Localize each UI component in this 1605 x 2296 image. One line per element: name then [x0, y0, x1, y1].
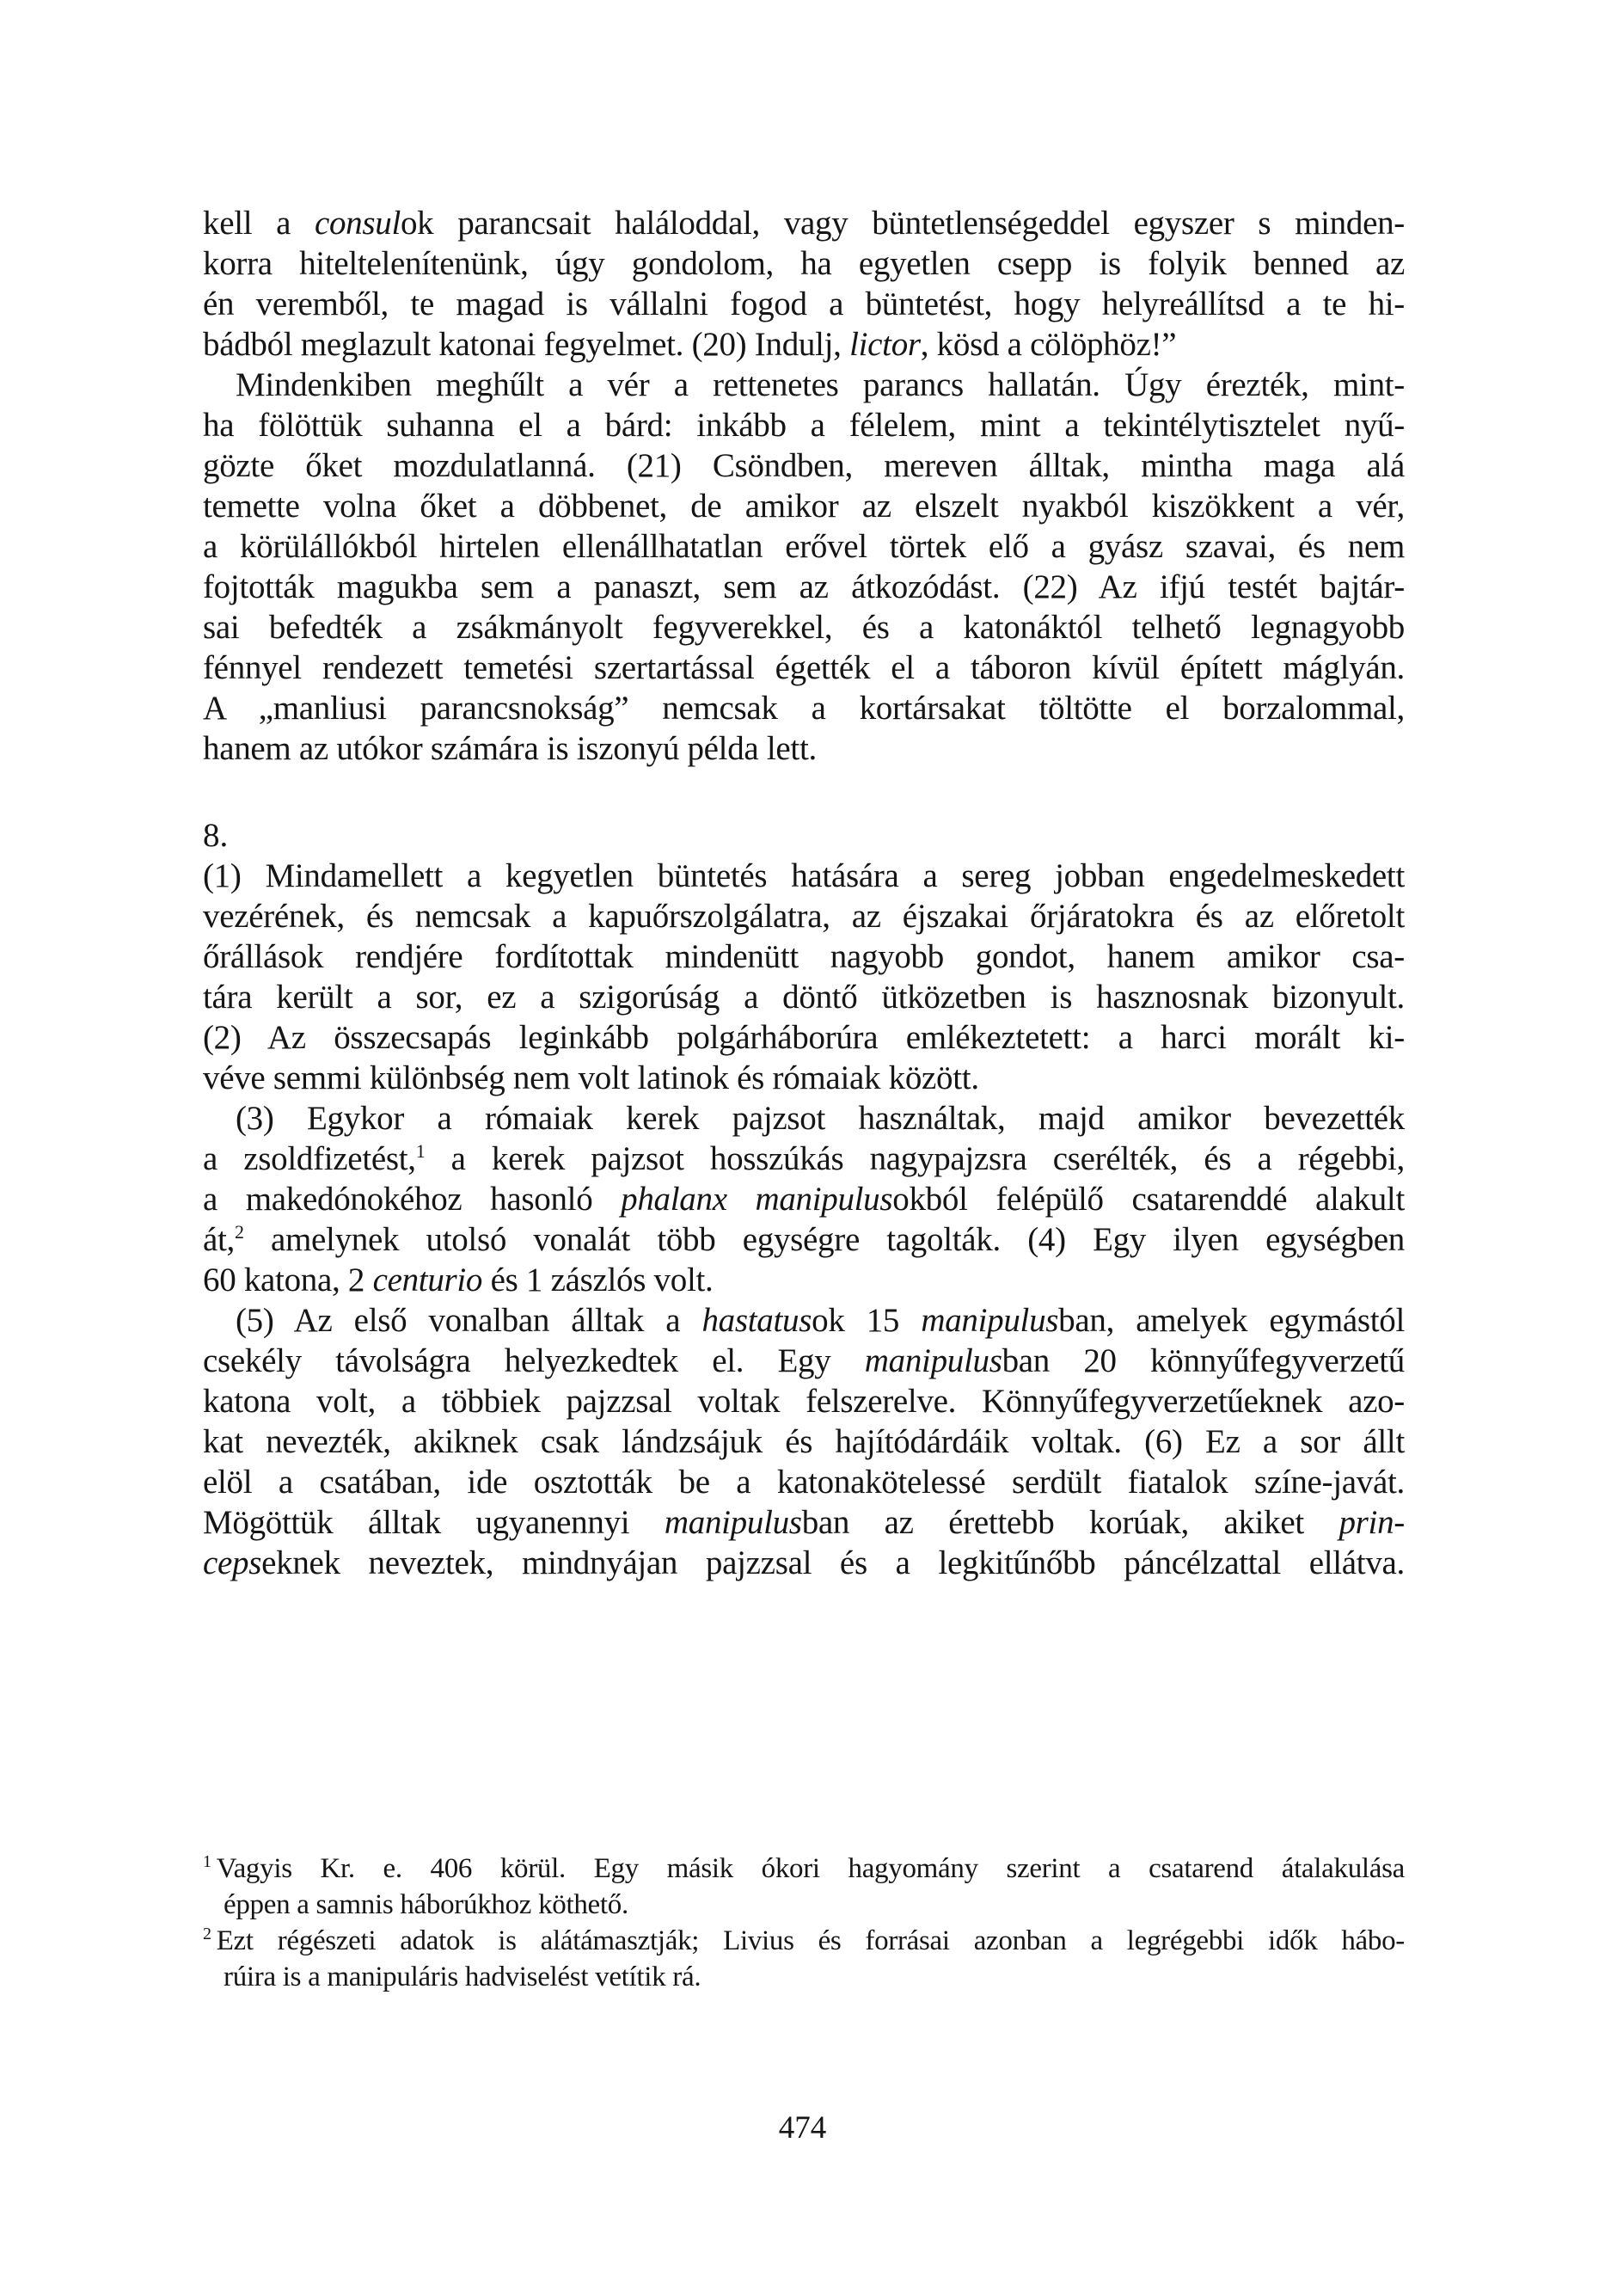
text-line: át,2 amelynek utolsó vonalát több egység…: [203, 1219, 1405, 1260]
section-number: 8.: [203, 815, 1405, 856]
text-line: a makedónokéhoz hasonló phalanx manipulu…: [203, 1179, 1405, 1219]
text-line: csekély távolságra helyezkedtek el. Egy …: [203, 1341, 1405, 1381]
paragraph-reaction: Mindenkiben meghűlt a vér a rettenetes p…: [203, 365, 1405, 769]
text-line: katona volt, a többiek pajzzsal voltak f…: [203, 1381, 1405, 1421]
italic-term: centurio: [373, 1262, 483, 1298]
footnotes: 1Vagyis Kr. e. 406 körül. Egy másik ókor…: [203, 1851, 1405, 1995]
text-line: A „manliusi parancsnokság” nemcsak a kor…: [203, 688, 1405, 728]
text-line: 60 katona, 2 centurio és 1 zászlós volt.: [203, 1260, 1405, 1300]
paragraph-shields: (3) Egykor a rómaiak kerek pajzsot haszn…: [203, 1098, 1405, 1300]
text-line: fojtották magukba sem a panaszt, sem az …: [203, 567, 1405, 607]
text-line: őrállások rendjére fordítottak mindenütt…: [203, 936, 1405, 977]
text-line: (3) Egykor a rómaiak kerek pajzsot haszn…: [203, 1098, 1405, 1139]
footnote-reference[interactable]: 1: [416, 1140, 426, 1162]
text-line: ha fölöttük suhanna el a bárd: inkább a …: [203, 405, 1405, 445]
paragraph-discipline: (1) Mindamellett a kegyetlen büntetés ha…: [203, 856, 1405, 1098]
text-line: (5) Az első vonalban álltak a hastatusok…: [203, 1300, 1405, 1341]
italic-term: manipulus: [865, 1342, 1002, 1379]
text-line: sai befedték a zsákmányolt fegyverekkel,…: [203, 607, 1405, 648]
page-number: 474: [0, 2111, 1605, 2146]
text-line: cepseknek neveztek, mindnyájan pajzzsal …: [203, 1543, 1405, 1583]
footnote-line: 2Ezt régészeti adatok is alátámasztják; …: [203, 1923, 1405, 1959]
italic-term: ceps: [203, 1544, 261, 1581]
italic-term: phalanx manipulus: [621, 1181, 892, 1218]
text-line: hanem az utókor számára is iszonyú példa…: [203, 728, 1405, 769]
paragraph-battle-lines: (5) Az első vonalban álltak a hastatusok…: [203, 1300, 1405, 1583]
text-line: (2) Az összecsapás leginkább polgárhábor…: [203, 1017, 1405, 1058]
footnote-mark: 1: [203, 1852, 211, 1871]
text-line: én veremből, te magad is vállalni fogod …: [203, 284, 1405, 324]
text-line: kell a consulok parancsait haláloddal, v…: [203, 203, 1405, 243]
text-line: fénnyel rendezett temetési szertartással…: [203, 648, 1405, 688]
text-line: temette volna őket a döbbenet, de amikor…: [203, 486, 1405, 526]
text-line: (1) Mindamellett a kegyetlen büntetés ha…: [203, 856, 1405, 896]
text-line: elöl a csatában, ide osztották be a kato…: [203, 1462, 1405, 1502]
page-body: kell a consulok parancsait haláloddal, v…: [203, 203, 1405, 1583]
footnote-reference[interactable]: 2: [235, 1221, 244, 1243]
text-line: korra hiteltelenítenünk, úgy gondolom, h…: [203, 243, 1405, 284]
italic-term: lictor: [849, 326, 921, 363]
italic-term: manipulus: [665, 1504, 802, 1541]
italic-term: hastatus: [701, 1302, 812, 1339]
footnote-line: rúira is a manipuláris hadviselést vetít…: [203, 1959, 1405, 1995]
text-line: Mindenkiben meghűlt a vér a rettenetes p…: [203, 365, 1405, 405]
paragraph-continuation: kell a consulok parancsait haláloddal, v…: [203, 203, 1405, 365]
text-line: tára került a sor, ez a szigorúság a dön…: [203, 977, 1405, 1017]
text-line: a körülállókból hirtelen ellenállhatatla…: [203, 526, 1405, 567]
italic-term: consul: [315, 205, 401, 242]
text-line: vezérének, és nemcsak a kapuőrszolgálatr…: [203, 896, 1405, 936]
footnote-mark: 2: [203, 1925, 211, 1943]
footnote-line: 1Vagyis Kr. e. 406 körül. Egy másik ókor…: [203, 1851, 1405, 1887]
text-line: véve semmi különbség nem volt latinok és…: [203, 1058, 1405, 1098]
text-line: Mögöttük álltak ugyanennyi manipulusban …: [203, 1502, 1405, 1543]
footnote-line: éppen a samnis háborúkhoz köthető.: [203, 1887, 1405, 1923]
italic-term: manipulus: [921, 1302, 1058, 1339]
italic-term: prin-: [1339, 1504, 1405, 1541]
text-line: kat nevezték, akiknek csak lándzsájuk és…: [203, 1421, 1405, 1462]
text-line: bádból meglazult katonai fegyelmet. (20)…: [203, 324, 1405, 365]
text-line: gözte őket mozdulatlanná. (21) Csöndben,…: [203, 445, 1405, 486]
text-line: a zsoldfizetést,1 a kerek pajzsot hosszú…: [203, 1139, 1405, 1179]
